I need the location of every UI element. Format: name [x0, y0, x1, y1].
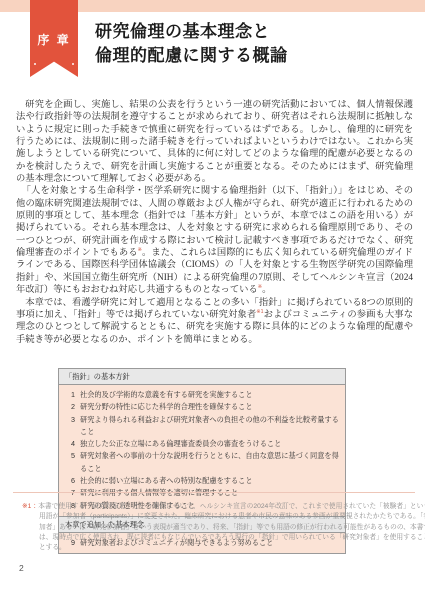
page-title-line1: 研究倫理の基本理念と [95, 22, 270, 41]
footnote-marker: ※1： [22, 503, 38, 510]
table-row: 7研究に利用する個人情報等を適切に管理すること [59, 487, 339, 499]
item-number: 4 [59, 438, 75, 450]
item-text: 研究より得られる利益および研究対象者への負担その他の不利益を比較考量すること [80, 414, 339, 439]
item-text: 研究分野の特性に応じた科学的合理性を確保すること [80, 401, 339, 413]
ribbon-dot-right [72, 63, 74, 65]
page-title-line2: 倫理的配慮に関する概論 [95, 46, 288, 65]
paragraph-1: 研究を企画し、実施し、結果の公表を行うという一連の研究活動においては、個人情報保… [16, 99, 413, 185]
item-number: 6 [59, 475, 75, 487]
ribbon-dot-left [34, 63, 36, 65]
footnote-ref-icon: ※1 [256, 309, 263, 315]
chapter-ribbon: 序 章 [30, 0, 78, 77]
paragraph-2: 「人を対象とする生命科学・医学系研究に関する倫理指針（以下、「指針」）」をはじめ… [16, 185, 413, 296]
item-number: 5 [59, 450, 75, 475]
table-row: 2研究分野の特性に応じた科学的合理性を確保すること [59, 401, 339, 413]
item-number: 3 [59, 414, 75, 439]
item-number: 7 [59, 487, 75, 499]
table-row: 4独立した公正な立場にある倫理審査委員会の審査をうけること [59, 438, 339, 450]
table-row: 3研究より得られる利益および研究対象者への負担その他の不利益を比較考量すること [59, 414, 339, 439]
item-text: 研究に利用する個人情報等を適切に管理すること [80, 487, 339, 499]
table-header-guideline-policy: 「指針」の基本方針 [58, 368, 346, 385]
item-text: 社会的に弱い立場にある者への特別な配慮をすること [80, 475, 339, 487]
item-text: 社会的及び学術的な意義を有する研究を実施すること [80, 389, 339, 401]
item-number: 1 [59, 389, 75, 401]
page-title: 研究倫理の基本理念と倫理的配慮に関する概論 [95, 20, 288, 68]
table-row: 6社会的に弱い立場にある者への特別な配慮をすること [59, 475, 339, 487]
table-row: 1社会的及び学術的な意義を有する研究を実施すること [59, 389, 339, 401]
item-number: 2 [59, 401, 75, 413]
table-row: 5研究対象者への事前の十分な説明を行うとともに、自由な意思に基づく同意を得ること [59, 450, 339, 475]
item-text: 独立した公正な立場にある倫理審査委員会の審査をうけること [80, 438, 339, 450]
table-section-guideline-items: 1社会的及び学術的な意義を有する研究を実施すること 2研究分野の特性に応じた科学… [58, 385, 346, 517]
footnote: ※1：本書で使用する「研究対象者」という用語について、ヘルシンキ宣言の2024年… [22, 502, 425, 553]
page-number: 2 [19, 563, 24, 573]
footnote-text: 本書で使用する「研究対象者」という用語について、ヘルシンキ宣言の2024年改訂で… [38, 503, 425, 551]
chapter-label: 序 章 [30, 31, 78, 48]
body-text: 研究を企画し、実施し、結果の公表を行うという一連の研究活動においては、個人情報保… [16, 99, 413, 346]
paragraph-2-period: 。 [262, 285, 271, 295]
paragraph-3: 本章では、看護学研究に対して適用となることの多い「指針」に掲げられている8つの原… [16, 297, 413, 346]
item-text: 研究対象者への事前の十分な説明を行うとともに、自由な意思に基づく同意を得ること [80, 450, 339, 475]
footnote-separator [13, 492, 415, 493]
document-page: 序 章 研究倫理の基本理念と倫理的配慮に関する概論 研究を企画し、実施し、結果の… [0, 0, 425, 600]
